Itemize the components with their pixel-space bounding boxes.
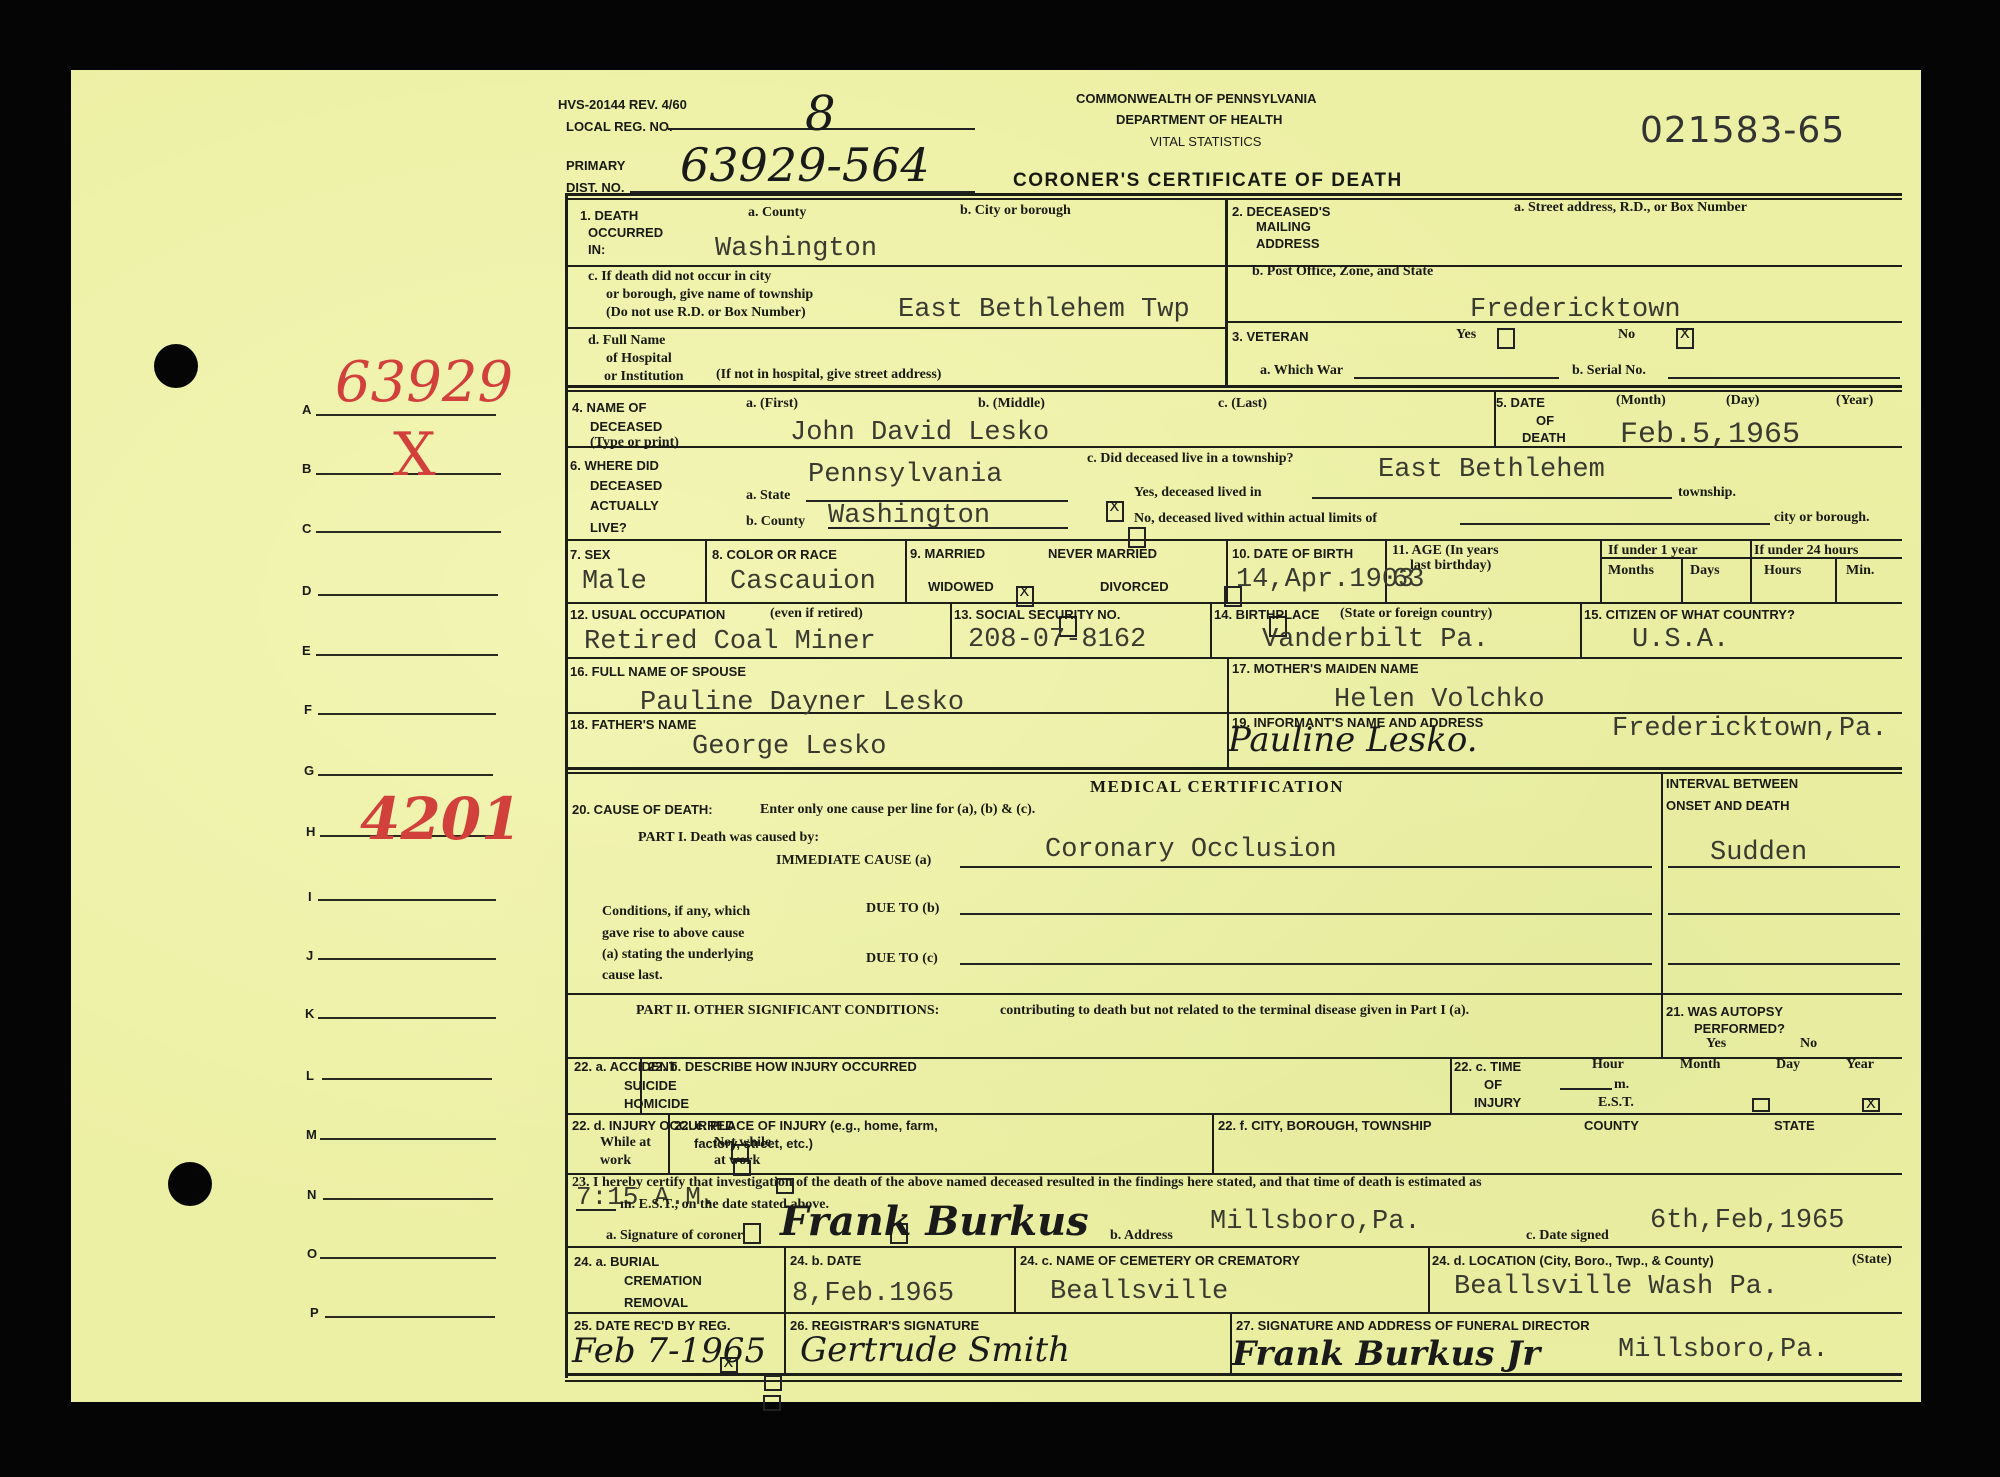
min-label: Min. — [1846, 562, 1874, 579]
form-number: HVS-20144 REV. 4/60 — [558, 96, 687, 113]
veteran-label: 3. VETERAN — [1232, 328, 1309, 345]
homicide-label: HOMICIDE — [624, 1095, 689, 1112]
day-label: (Day) — [1726, 392, 1759, 409]
cremation-checkbox[interactable] — [764, 1375, 782, 1391]
removal-checkbox[interactable] — [763, 1395, 781, 1411]
place-of-injury-label: factory, street, etc.) — [694, 1135, 813, 1152]
margin-annotation-h: 4201 — [360, 785, 521, 853]
margin-letter: L — [306, 1068, 314, 1083]
county-label: a. County — [748, 204, 806, 221]
injury-m-label: m. — [1614, 1076, 1629, 1093]
occupation-label: 12. USUAL OCCUPATION — [570, 606, 725, 623]
township-yes-label: Yes, deceased lived in — [1134, 484, 1262, 501]
township-no-label: No, deceased lived within actual limits … — [1134, 510, 1377, 527]
residence-county-field[interactable]: Washington — [828, 501, 990, 531]
divorced-label: DIVORCED — [1100, 578, 1169, 595]
while-at-work-label: work — [600, 1152, 631, 1169]
birthplace-label: 14. BIRTHPLACE — [1214, 606, 1319, 623]
while-at-work-label: While at — [600, 1134, 651, 1151]
due-to-c-label: DUE TO (c) — [866, 950, 938, 967]
margin-letter: D — [302, 583, 311, 598]
time-of-injury-label: INJURY — [1474, 1094, 1521, 1111]
margin-letter: P — [310, 1305, 319, 1320]
conditions-note: Conditions, if any, which — [602, 903, 750, 920]
section-personal: 7. SEX Male 8. COLOR OR RACE Cascauion 9… — [0, 42, 2000, 63]
city-borough-township-label: 22. f. CITY, BOROUGH, TOWNSHIP — [1218, 1117, 1432, 1134]
deceased-name-field[interactable]: John David Lesko — [790, 418, 1049, 448]
cremation-label: CREMATION — [624, 1272, 702, 1289]
hospital-note: (If not in hospital, give street address… — [716, 366, 941, 383]
residence-state-field[interactable]: Pennsylvania — [808, 460, 1002, 490]
margin-letter: M — [306, 1127, 317, 1142]
autopsy-yes-checkbox[interactable] — [1752, 1098, 1770, 1112]
date-signed-label: c. Date signed — [1526, 1227, 1609, 1244]
mother-field[interactable]: Helen Volchko — [1334, 685, 1545, 715]
immediate-cause-label: IMMEDIATE CAUSE (a) — [776, 852, 931, 869]
agency-line1: COMMONWEALTH OF PENNSYLVANIA — [1076, 90, 1317, 107]
autopsy-no-label: No — [1800, 1035, 1817, 1052]
ssn-label: 13. SOCIAL SECURITY NO. — [954, 606, 1120, 623]
month-label: (Month) — [1616, 392, 1666, 409]
injury-month-label: Month — [1680, 1056, 1720, 1073]
injury-hour-label: Hour — [1592, 1056, 1624, 1073]
punch-hole-top — [154, 344, 198, 388]
veteran-yes-label: Yes — [1456, 326, 1476, 343]
describe-injury-label: 22. b. DESCRIBE HOW INJURY OCCURRED — [648, 1058, 917, 1075]
township-yes-checkbox[interactable] — [1106, 501, 1124, 522]
registrar-signature: Gertrude Smith — [800, 1330, 1070, 1370]
conditions-note: (a) stating the underlying — [602, 946, 753, 963]
sex-label: 7. SEX — [570, 546, 610, 563]
margin-annotation-a: 63929 — [335, 350, 513, 415]
birthplace-note: (State or foreign country) — [1340, 605, 1492, 622]
cemetery-field[interactable]: Beallsville — [1050, 1277, 1228, 1307]
township-label: c. If death did not occur in city — [588, 268, 771, 285]
interval-field[interactable]: Sudden — [1710, 838, 1807, 868]
spouse-field[interactable]: Pauline Dayner Lesko — [640, 688, 964, 718]
under-24-hours-label: If under 24 hours — [1754, 542, 1858, 559]
mother-label: 17. MOTHER'S MAIDEN NAME — [1232, 660, 1419, 677]
f2-label: ADDRESS — [1256, 235, 1320, 252]
cause-label: 20. CAUSE OF DEATH: — [572, 801, 713, 818]
married-label: 9. MARRIED — [910, 545, 985, 562]
f6-label: DECEASED — [590, 477, 662, 494]
citizen-label: 15. CITIZEN OF WHAT COUNTRY? — [1584, 606, 1795, 623]
margin-letter: H — [306, 824, 315, 839]
township-question: c. Did deceased live in a township? — [1087, 450, 1294, 467]
citizen-field[interactable]: U.S.A. — [1632, 625, 1729, 655]
veteran-no-label: No — [1618, 326, 1635, 343]
place-of-injury-label: 22. e. PLACE OF INJURY (e.g., home, farm… — [674, 1117, 938, 1134]
injury-day-label: Day — [1776, 1056, 1800, 1073]
burial-date-field[interactable]: 8,Feb.1965 — [792, 1279, 954, 1309]
veteran-no-checkbox[interactable] — [1676, 328, 1694, 349]
part2-label: PART II. OTHER SIGNIFICANT CONDITIONS: — [636, 1002, 939, 1019]
funeral-director-signature: Frank Burkus Jr — [1232, 1334, 1540, 1374]
date-signed-field[interactable]: 6th,Feb,1965 — [1650, 1206, 1844, 1236]
funeral-director-label: 27. SIGNATURE AND ADDRESS OF FUNERAL DIR… — [1236, 1317, 1590, 1334]
margin-letter: N — [307, 1187, 316, 1202]
suicide-label: SUICIDE — [624, 1077, 677, 1094]
medical-heading: MEDICAL CERTIFICATION — [1090, 777, 1344, 797]
margin-letter: C — [302, 521, 311, 536]
state-label: a. State — [746, 487, 790, 504]
removal-label: REMOVAL — [624, 1294, 688, 1311]
sex-field[interactable]: Male — [582, 567, 647, 597]
father-field[interactable]: George Lesko — [692, 732, 886, 762]
occupation-note: (even if retired) — [770, 605, 863, 622]
last-name-label: c. (Last) — [1218, 395, 1267, 412]
margin-letter: J — [306, 948, 313, 963]
conditions-note: gave rise to above cause — [602, 925, 744, 942]
f1-label: 1. DEATH — [580, 207, 638, 224]
agency-line2: DEPARTMENT OF HEALTH — [1116, 111, 1282, 128]
married-checkbox[interactable] — [1016, 586, 1034, 607]
margin-letter: K — [305, 1006, 314, 1021]
cause-instructions: Enter only one cause per line for (a), (… — [760, 801, 1035, 818]
widowed-label: WIDOWED — [928, 578, 994, 595]
margin-letter: B — [302, 461, 311, 476]
f4-label: 4. NAME OF — [572, 399, 646, 416]
hospital-label: or Institution — [604, 368, 683, 385]
injury-year-label: Year — [1846, 1056, 1874, 1073]
page-title: CORONER'S CERTIFICATE OF DEATH — [1013, 170, 1403, 192]
immediate-cause-field[interactable]: Coronary Occlusion — [1045, 835, 1337, 865]
f6-label: 6. WHERE DID — [570, 457, 659, 474]
death-county-field[interactable]: Washington — [715, 234, 877, 264]
f6-label: LIVE? — [590, 519, 627, 536]
days-label: Days — [1690, 562, 1720, 579]
f6-label: ACTUALLY — [590, 497, 659, 514]
date-of-death-field[interactable]: Feb.5,1965 — [1620, 418, 1800, 452]
part2-note: contributing to death but not related to… — [1000, 1002, 1469, 1019]
time-of-injury-label: 22. c. TIME — [1454, 1058, 1521, 1075]
coroner-address-field[interactable]: Millsboro,Pa. — [1210, 1207, 1421, 1237]
margin-annotation-b: X — [393, 420, 436, 490]
township-label: or borough, give name of township — [606, 286, 813, 303]
which-war-label: a. Which War — [1260, 362, 1343, 379]
f5-label: 5. DATE — [1496, 394, 1545, 411]
months-label: Months — [1608, 562, 1654, 579]
date-received-field: Feb 7-1965 — [572, 1331, 766, 1371]
death-township-field[interactable]: East Bethlehem Twp — [898, 295, 1190, 325]
autopsy-no-checkbox[interactable] — [1862, 1098, 1880, 1112]
f1-label: OCCURRED — [588, 224, 663, 241]
f1-label: IN: — [588, 241, 605, 258]
not-while-at-work-label: at work — [714, 1152, 760, 1169]
never-married-label: NEVER MARRIED — [1048, 545, 1157, 562]
certificate-number: 021583-65 — [1640, 110, 1845, 151]
birthplace-field[interactable]: Vanderbilt Pa. — [1262, 625, 1489, 655]
primary-label: PRIMARY — [566, 157, 625, 174]
agency-line3: VITAL STATISTICS — [1150, 133, 1261, 150]
interval-label: ONSET AND DEATH — [1666, 797, 1790, 814]
ssn-field[interactable]: 208-07-8162 — [968, 625, 1146, 655]
cemetery-label: 24. c. NAME OF CEMETERY OR CREMATORY — [1020, 1252, 1300, 1269]
hours-label: Hours — [1764, 562, 1801, 579]
burial-label: 24. a. BURIAL — [574, 1253, 659, 1270]
autopsy-label: 21. WAS AUTOPSY — [1666, 1003, 1783, 1020]
serial-label: b. Serial No. — [1572, 362, 1646, 379]
f4-label: DECEASED — [590, 418, 662, 435]
township-suffix: township. — [1678, 484, 1736, 501]
location-state-label: (State) — [1852, 1251, 1892, 1268]
section-mailing-address: 2. DECEASED'S MAILING ADDRESS a. Street … — [0, 0, 2000, 21]
informant-signature: Pauline Lesko. — [1228, 720, 1478, 760]
interval-label: INTERVAL BETWEEN — [1666, 775, 1798, 792]
f2-label: MAILING — [1256, 218, 1311, 235]
po-label: b. Post Office, Zone, and State — [1252, 263, 1433, 280]
spouse-label: 16. FULL NAME OF SPOUSE — [570, 663, 746, 680]
occupation-field[interactable]: Retired Coal Miner — [584, 627, 876, 657]
margin-letter: G — [304, 763, 314, 778]
first-name-label: a. (First) — [746, 395, 798, 412]
margin-letter: A — [302, 402, 311, 417]
city-label: b. City or borough — [960, 202, 1071, 219]
race-label: 8. COLOR OR RACE — [712, 546, 837, 563]
punch-hole-bottom — [168, 1162, 212, 1206]
township-label: (Do not use R.D. or Box Number) — [606, 304, 806, 321]
dist-value: 63929-564 — [680, 138, 930, 192]
location-field[interactable]: Beallsville Wash Pa. — [1454, 1272, 1778, 1302]
conditions-note: cause last. — [602, 967, 663, 984]
dob-field[interactable]: 14,Apr.1903 — [1236, 565, 1414, 595]
f5-label: OF — [1536, 412, 1554, 429]
funeral-director-address-field[interactable]: Millsboro,Pa. — [1618, 1335, 1829, 1365]
injury-est-label: E.S.T. — [1598, 1094, 1634, 1111]
veteran-yes-checkbox[interactable] — [1497, 328, 1515, 349]
while-at-work-checkbox[interactable] — [743, 1223, 761, 1244]
father-label: 18. FATHER'S NAME — [570, 716, 696, 733]
city-suffix: city or borough. — [1774, 509, 1870, 526]
margin-letter: F — [304, 702, 312, 717]
injury-county-label: COUNTY — [1584, 1117, 1639, 1134]
informant-address-field[interactable]: Fredericktown,Pa. — [1612, 714, 1887, 744]
f4-label: (Type or print) — [590, 434, 679, 451]
county-label: b. County — [746, 513, 805, 530]
due-to-b-label: DUE TO (b) — [866, 900, 939, 917]
burial-date-label: 24. b. DATE — [790, 1252, 861, 1269]
local-reg-value: 8 — [805, 86, 836, 142]
hospital-label: d. Full Name — [588, 332, 665, 349]
coroner-address-label: b. Address — [1110, 1227, 1173, 1244]
mailing-po-field[interactable]: Fredericktown — [1470, 295, 1681, 325]
time-of-injury-label: OF — [1484, 1076, 1502, 1093]
under-1-year-label: If under 1 year — [1608, 542, 1698, 559]
dob-label: 10. DATE OF BIRTH — [1232, 545, 1353, 562]
section-residence: 6. WHERE DID DECEASED ACTUALLY LIVE? a. … — [0, 21, 2000, 42]
injury-state-label: STATE — [1774, 1117, 1815, 1134]
race-field[interactable]: Cascauion — [730, 567, 876, 597]
year-label: (Year) — [1836, 392, 1873, 409]
coroner-signature-label: a. Signature of coroner — [606, 1227, 743, 1244]
local-reg-label: LOCAL REG. NO. — [566, 118, 673, 135]
street-label: a. Street address, R.D., or Box Number — [1514, 199, 1747, 216]
middle-name-label: b. (Middle) — [978, 395, 1045, 412]
margin-letter: I — [308, 889, 312, 904]
hospital-label: of Hospital — [606, 350, 672, 367]
f5-label: DEATH — [1522, 429, 1566, 446]
location-label: 24. d. LOCATION (City, Boro., Twp., & Co… — [1432, 1252, 1714, 1269]
age-field[interactable]: 63 — [1392, 565, 1424, 595]
autopsy-yes-label: Yes — [1706, 1035, 1726, 1052]
coroner-signature: Frank Burkus — [780, 1198, 1089, 1245]
margin-letter: O — [307, 1246, 317, 1261]
part1-label: PART I. Death was caused by: — [638, 829, 819, 846]
residence-township-field[interactable]: East Bethlehem — [1378, 455, 1605, 485]
margin-letter: E — [302, 643, 311, 658]
